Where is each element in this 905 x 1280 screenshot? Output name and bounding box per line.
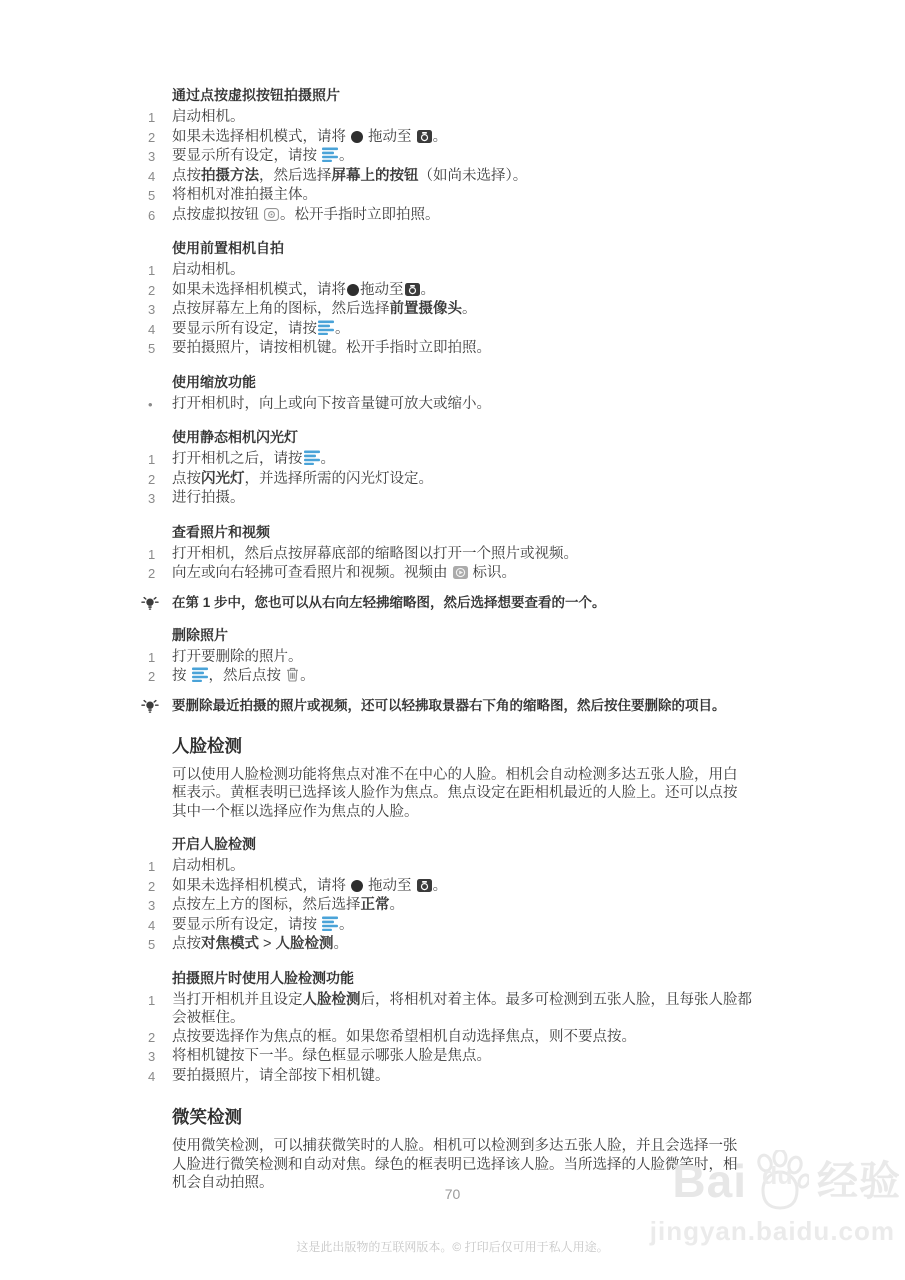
step-content: 点按左上方的图标，然后选择正常。 [172,896,404,916]
bold-text: 闪光灯 [201,471,245,487]
step-text: 启动相机。 [172,262,245,278]
step-text: 要删除最近拍摄的照片或视频，还可以轻拂取景器右下角的缩略图，然后按住要删除的项目… [172,698,726,713]
settings-menu-icon [322,916,338,931]
step-text: 。 [334,936,349,952]
step-number: 3 [148,1047,172,1067]
step-row: 2向左或向右轻拂可查看照片和视频。视频由 标识。 [148,564,858,584]
step-number: 1 [148,108,172,128]
step-number: 2 [148,470,172,490]
step-number: 2 [148,877,172,897]
step-content: 如果未选择相机模式，请将 拖动至 。 [172,128,447,148]
step-content: 打开相机时，向上或向下按音量键可放大或缩小。 [172,395,491,415]
step-number: 2 [148,667,172,687]
baidu-paw-icon: du [749,1150,809,1212]
step-text: 拖动至 [364,878,416,894]
settings-menu-icon [304,450,320,465]
step-row: 3将相机键按下一半。绿色框显示哪张人脸是焦点。 [148,1047,858,1067]
watermark-brand-left: Bai [672,1158,747,1204]
step-row: 1启动相机。 [148,108,858,128]
step-text: 点按虚拟按钮 [172,207,263,223]
step-row: 2如果未选择相机模式，请将 拖动至 。 [148,128,858,148]
step-row: 1启动相机。 [148,857,858,877]
step-text: 打开要删除的照片。 [172,649,303,665]
step-number: 5 [148,339,172,359]
step-row: 4要显示所有设定，请按 。 [148,916,858,936]
step-number: 3 [148,896,172,916]
step-text: 按 [172,668,191,684]
step-content: 点按拍摄方法，然后选择屏幕上的按钮（如尚未选择）。 [172,167,527,187]
tip-text: 要删除最近拍摄的照片或视频，还可以轻拂取景器右下角的缩略图，然后按住要删除的项目… [172,697,726,715]
step-row: 1打开相机之后，请按。 [148,450,858,470]
bold-text: 前置摄像头 [390,301,463,317]
step-text: 当打开相机并且设定 [172,992,303,1008]
step-text: 。 [300,668,315,684]
step-row: 2点按要选择作为焦点的框。如果您希望相机自动选择焦点，则不要点按。 [148,1028,858,1048]
section-heading: 使用缩放功能 [172,373,858,391]
step-text: 。 [462,301,477,317]
baidu-jingyan-watermark: Bai du 经验 jingyan.baidu.com [601,1150,901,1247]
step-content: 进行拍摄。 [172,489,245,509]
step-text: 启动相机。 [172,109,245,125]
chapter-heading: 微笑检测 [172,1106,858,1129]
step-row: 2如果未选择相机模式，请将 拖动至 。 [148,877,858,897]
settings-menu-icon [192,667,208,682]
step-row: 6点按虚拟按钮 。松开手指时立即拍照。 [148,206,858,226]
step-text: 要拍摄照片，请按相机键。松开手指时立即拍照。 [172,340,491,356]
step-row: 3要显示所有设定，请按 。 [148,147,858,167]
step-row: 1打开相机，然后点按屏幕底部的缩略图以打开一个照片或视频。 [148,545,858,565]
manual-page: 通过点按虚拟按钮拍摄照片1启动相机。2如果未选择相机模式，请将 拖动至 。3要显… [0,0,905,1280]
step-number: 4 [148,320,172,340]
step-content: 启动相机。 [172,108,245,128]
step-text: 。 [321,451,336,467]
step-text: 如果未选择相机模式，请将 [172,129,350,145]
step-content: 打开相机，然后点按屏幕底部的缩略图以打开一个照片或视频。 [172,545,578,565]
step-number: 6 [148,206,172,226]
step-text: ，然后选择 [259,168,332,184]
step-content: 点按闪光灯，并选择所需的闪光灯设定。 [172,470,433,490]
step-number: 5 [148,935,172,955]
step-text: 拖动至 [364,129,416,145]
step-text: > [259,936,276,952]
settings-menu-icon [318,320,334,335]
step-row: 3点按左上方的图标，然后选择正常。 [148,896,858,916]
step-number: 5 [148,186,172,206]
step-content: 如果未选择相机模式，请将拖动至。 [172,281,435,301]
step-text: 向左或向右轻拂可查看照片和视频。视频由 [172,565,452,581]
bold-text: 人脸检测 [303,992,361,1008]
step-content: 如果未选择相机模式，请将 拖动至 。 [172,877,447,897]
step-number: 1 [148,857,172,877]
step-number: 2 [148,564,172,584]
paragraph: 可以使用人脸检测功能将焦点对准不在中心的人脸。相机会自动检测多达五张人脸，用白框… [172,766,748,822]
section-heading: 使用静态相机闪光灯 [172,428,858,446]
step-row: 2按 ，然后点按 。 [148,667,858,687]
settings-menu-icon [322,147,338,162]
step-text: 要显示所有设定，请按 [172,917,321,933]
step-content: 要拍摄照片，请全部按下相机键。 [172,1067,390,1087]
step-text: 点按 [172,471,201,487]
record-dot-icon [351,131,363,143]
step-text: 。 [390,897,405,913]
step-number: 4 [148,167,172,187]
bold-text: 对焦模式 [201,936,259,952]
step-number: 1 [148,261,172,281]
watermark-url: jingyan.baidu.com [601,1216,901,1247]
record-dot-icon [347,284,359,296]
step-content: 点按屏幕左上角的图标，然后选择前置摄像头。 [172,300,477,320]
step-text: 点按屏幕左上角的图标，然后选择 [172,301,390,317]
step-row: 4要显示所有设定，请按。 [148,320,858,340]
step-content: 打开相机之后，请按。 [172,450,335,470]
step-text: 。 [421,282,436,298]
step-text: 打开相机时，向上或向下按音量键可放大或缩小。 [172,396,491,412]
step-content: 启动相机。 [172,857,245,877]
step-number: 3 [148,300,172,320]
step-number: 4 [148,916,172,936]
step-row: 5将相机对准拍摄主体。 [148,186,858,206]
record-dot-icon [351,880,363,892]
step-text: 。松开手指时立即拍照。 [280,207,440,223]
step-number: 4 [148,1067,172,1087]
step-content: 要拍摄照片，请按相机键。松开手指时立即拍照。 [172,339,491,359]
step-content: 启动相机。 [172,261,245,281]
section-heading: 拍摄照片时使用人脸检测功能 [172,969,858,987]
video-play-icon [453,566,468,579]
step-row: 3进行拍摄。 [148,489,858,509]
step-number: 3 [148,489,172,509]
step-content: 当打开相机并且设定人脸检测后，将相机对着主体。最多可检测到五张人脸，且每张人脸都… [172,991,752,1028]
step-content: 点按对焦模式 > 人脸检测。 [172,935,348,955]
step-row: 2点按闪光灯，并选择所需的闪光灯设定。 [148,470,858,490]
step-text: 。 [433,129,448,145]
section-heading: 删除照片 [172,626,858,644]
step-content: 要显示所有设定，请按。 [172,320,350,340]
step-text: 要显示所有设定，请按 [172,148,321,164]
step-row: 1打开要删除的照片。 [148,648,858,668]
step-row: 2如果未选择相机模式，请将拖动至。 [148,281,858,301]
step-content: 打开要删除的照片。 [172,648,303,668]
step-content: 按 ，然后点按 。 [172,667,315,687]
step-text: 。 [433,878,448,894]
bullet-marker: • [148,395,172,415]
step-text: 要显示所有设定，请按 [172,321,317,337]
step-content: 将相机键按下一半。绿色框显示哪张人脸是焦点。 [172,1047,491,1067]
step-content: 点按要选择作为焦点的框。如果您希望相机自动选择焦点，则不要点按。 [172,1028,636,1048]
step-text: 点按 [172,936,201,952]
tip-text: 在第 1 步中，您也可以从右向左轻拂缩略图，然后选择想要查看的一个。 [172,594,606,612]
step-number: 1 [148,648,172,668]
watermark-brand-cn: 经验 [817,1161,901,1202]
step-text: （如尚未选择）。 [419,168,528,184]
step-text: 如果未选择相机模式，请将 [172,878,350,894]
step-text: ，然后点按 [209,668,286,684]
step-content: 要显示所有设定，请按 。 [172,916,354,936]
tip-row: 在第 1 步中，您也可以从右向左轻拂缩略图，然后选择想要查看的一个。 [141,594,858,612]
lightbulb-icon [141,697,172,714]
step-text: 进行拍摄。 [172,490,245,506]
virtual-button-icon [264,208,279,221]
watermark-logo: Bai du 经验 [601,1150,901,1212]
step-text: 将相机键按下一半。绿色框显示哪张人脸是焦点。 [172,1048,491,1064]
step-number: 1 [148,545,172,565]
step-text: 拖动至 [360,282,404,298]
step-number: 2 [148,128,172,148]
step-text: ，并选择所需的闪光灯设定。 [245,471,434,487]
bold-text: 拍摄方法 [201,168,259,184]
step-text: 启动相机。 [172,858,245,874]
step-text: 打开相机，然后点按屏幕底部的缩略图以打开一个照片或视频。 [172,546,578,562]
step-text: 将相机对准拍摄主体。 [172,187,317,203]
bullet-row: •打开相机时，向上或向下按音量键可放大或缩小。 [148,395,858,415]
camera-mode-icon [405,283,420,296]
step-row: 1启动相机。 [148,261,858,281]
step-row: 1当打开相机并且设定人脸检测后，将相机对着主体。最多可检测到五张人脸，且每张人脸… [148,991,858,1028]
step-number: 2 [148,281,172,301]
step-row: 4要拍摄照片，请全部按下相机键。 [148,1067,858,1087]
step-text: 要拍摄照片，请全部按下相机键。 [172,1068,390,1084]
chapter-heading: 人脸检测 [172,735,858,758]
step-text: 打开相机之后，请按 [172,451,303,467]
step-text: 标识。 [469,565,517,581]
step-row: 3点按屏幕左上角的图标，然后选择前置摄像头。 [148,300,858,320]
section-heading: 开启人脸检测 [172,835,858,853]
bold-text: 人脸检测 [276,936,334,952]
section-heading: 使用前置相机自拍 [172,239,858,257]
step-text: 点按 [172,168,201,184]
step-text: 如果未选择相机模式，请将 [172,282,346,298]
step-text: 。 [339,148,354,164]
manual-content: 通过点按虚拟按钮拍摄照片1启动相机。2如果未选择相机模式，请将 拖动至 。3要显… [148,86,858,1193]
lightbulb-icon [141,594,172,611]
step-content: 点按虚拟按钮 。松开手指时立即拍照。 [172,206,440,226]
step-number: 2 [148,1028,172,1048]
step-content: 向左或向右轻拂可查看照片和视频。视频由 标识。 [172,564,516,584]
step-content: 要显示所有设定，请按 。 [172,147,354,167]
tip-row: 要删除最近拍摄的照片或视频，还可以轻拂取景器右下角的缩略图，然后按住要删除的项目… [141,697,858,715]
camera-mode-icon [417,879,432,892]
step-row: 5要拍摄照片，请按相机键。松开手指时立即拍照。 [148,339,858,359]
camera-mode-icon [417,130,432,143]
step-text: 。 [335,321,350,337]
section-heading: 通过点按虚拟按钮拍摄照片 [172,86,858,104]
step-text: 在第 1 步中，您也可以从右向左轻拂缩略图，然后选择想要查看的一个。 [172,595,606,610]
step-number: 1 [148,991,172,1028]
step-number: 3 [148,147,172,167]
section-heading: 查看照片和视频 [172,523,858,541]
step-content: 将相机对准拍摄主体。 [172,186,317,206]
step-text: 。 [339,917,354,933]
step-text: 点按要选择作为焦点的框。如果您希望相机自动选择焦点，则不要点按。 [172,1029,636,1045]
step-text: 点按左上方的图标，然后选择 [172,897,361,913]
step-row: 5点按对焦模式 > 人脸检测。 [148,935,858,955]
step-row: 4点按拍摄方法，然后选择屏幕上的按钮（如尚未选择）。 [148,167,858,187]
step-number: 1 [148,450,172,470]
trash-icon [286,667,299,682]
bold-text: 屏幕上的按钮 [332,168,419,184]
bold-text: 正常 [361,897,390,913]
